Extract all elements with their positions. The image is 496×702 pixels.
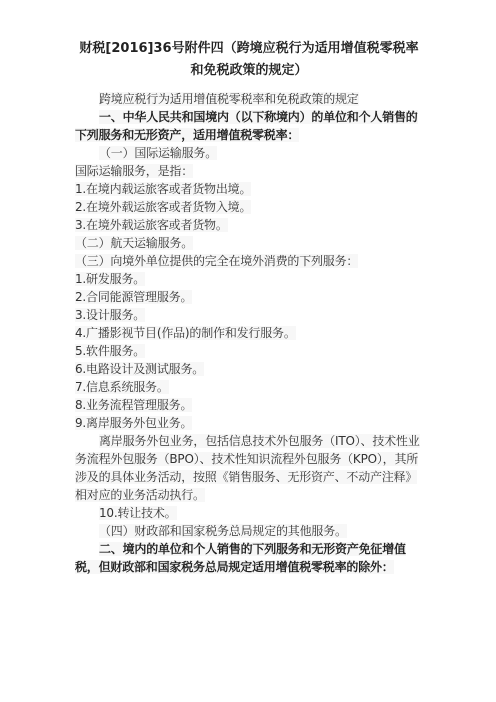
section-heading-1: 一、中华人民共和国境内（以下称境内）的单位和个人销售的下列服务和无形资产，适用增… bbox=[75, 108, 423, 144]
paragraph: （二）航天运输服务。 bbox=[75, 234, 423, 252]
list-item: 3.在境外载运旅客或者货物。 bbox=[75, 216, 423, 234]
document-title: 财税[2016]36号附件四（跨境应税行为适用增值税零税率和免税政策的规定） bbox=[75, 38, 423, 82]
paragraph-offshore-outsourcing: 离岸服务外包业务，包括信息技术外包服务（ITO）、技术性业务流程外包服务（BPO… bbox=[75, 432, 423, 504]
paragraph-subtitle: 跨境应税行为适用增值税零税率和免税政策的规定 bbox=[75, 90, 423, 108]
document-page: 财税[2016]36号附件四（跨境应税行为适用增值税零税率和免税政策的规定） 跨… bbox=[75, 0, 423, 576]
list-item: 9.离岸服务外包业务。 bbox=[75, 414, 423, 432]
list-item: 8.业务流程管理服务。 bbox=[75, 396, 423, 414]
paragraph: （一）国际运输服务。 bbox=[75, 144, 423, 162]
list-item: 3.设计服务。 bbox=[75, 306, 423, 324]
list-item: 5.软件服务。 bbox=[75, 342, 423, 360]
list-item: 2.在境外载运旅客或者货物入境。 bbox=[75, 198, 423, 216]
list-item: 1.研发服务。 bbox=[75, 270, 423, 288]
section-heading-2: 二、境内的单位和个人销售的下列服务和无形资产免征增值税，但财政部和国家税务总局规… bbox=[75, 540, 423, 576]
document-body: 跨境应税行为适用增值税零税率和免税政策的规定 一、中华人民共和国境内（以下称境内… bbox=[75, 90, 423, 576]
list-item: 4.广播影视节目(作品)的制作和发行服务。 bbox=[75, 324, 423, 342]
list-item: 1.在境内载运旅客或者货物出境。 bbox=[75, 180, 423, 198]
paragraph: （三）向境外单位提供的完全在境外消费的下列服务： bbox=[75, 252, 423, 270]
list-item: 2.合同能源管理服务。 bbox=[75, 288, 423, 306]
list-item: 10.转让技术。 bbox=[75, 504, 423, 522]
list-item: 7.信息系统服务。 bbox=[75, 378, 423, 396]
paragraph: （四）财政部和国家税务总局规定的其他服务。 bbox=[75, 522, 423, 540]
list-item: 6.电路设计及测试服务。 bbox=[75, 360, 423, 378]
paragraph: 国际运输服务，是指： bbox=[75, 162, 423, 180]
